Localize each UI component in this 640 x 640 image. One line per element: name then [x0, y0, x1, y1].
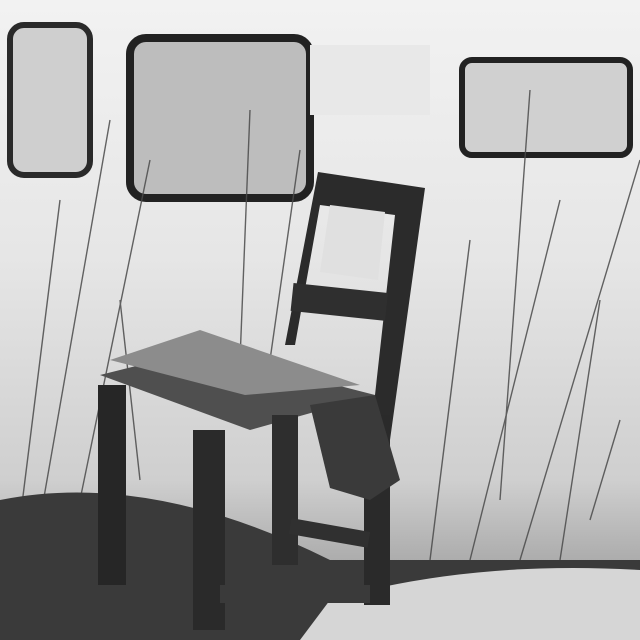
photo-illustration: [0, 0, 640, 640]
photo-scene: [0, 0, 640, 640]
background-barrels: [10, 25, 630, 198]
